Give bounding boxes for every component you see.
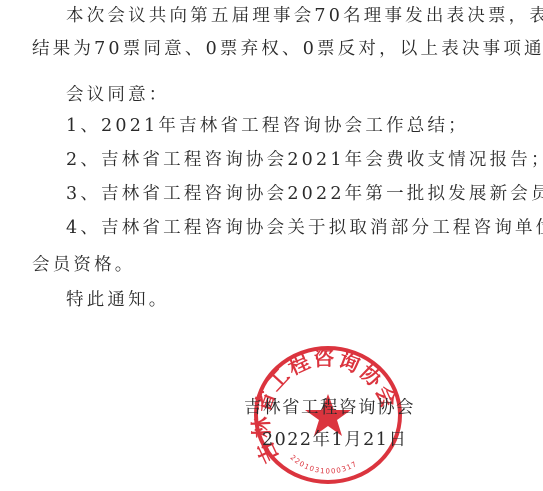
list-item-3: 3、吉林省工程咨询协会2022年第一批拟发展新会员； [66,183,543,205]
list-item-1: 1、2021年吉林省工程咨询协会工作总结； [66,115,469,137]
list-item-4-continued: 会员资格。 [32,254,136,276]
svg-text:2201031000317: 2201031000317 [289,453,359,475]
list-item-4: 4、吉林省工程咨询协会关于拟取消部分工程咨询单位 [66,217,543,239]
paragraph-closing: 特此通知。 [66,289,170,311]
paragraph-agreed-heading: 会议同意： [66,84,170,106]
paragraph-voting-result: 结果为70票同意、0票弃权、0票反对，以上表决事项通过。 [32,38,543,60]
paragraph-voting-intro: 本次会议共向第五届理事会70名理事发出表决票，表决 [66,5,543,27]
seal-serial-number: 2201031000317 [289,453,359,475]
list-item-2: 2、吉林省工程咨询协会2021年会费收支情况报告； [66,149,543,171]
signature-date: 2022年1月21日 [262,429,407,451]
signature-organization: 吉林省工程咨询协会 [244,397,415,419]
